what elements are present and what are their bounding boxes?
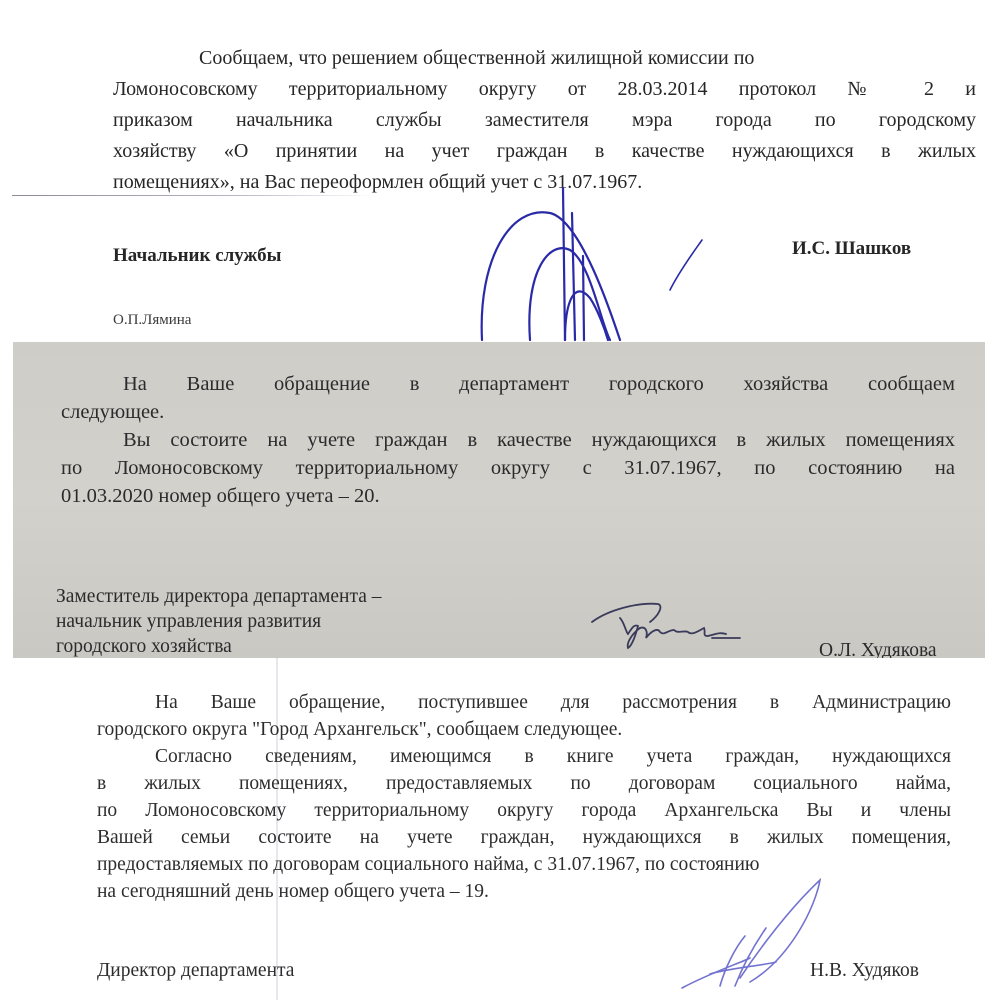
- letter-3-line-8: на сегодняшний день номер общего учета –…: [97, 879, 489, 904]
- letter-3-line-1: На Ваше обращение, поступившее для рассм…: [155, 690, 951, 715]
- letter-3-line-2: городского округа "Город Архангельск", с…: [97, 717, 622, 742]
- letter-1-line-3: приказом начальника службы заместителя м…: [113, 108, 976, 133]
- separator-line: [12, 195, 377, 196]
- signatory-title-line-1: Заместитель директора департамента –: [56, 584, 382, 609]
- letter-1-line-1: Сообщаем, что решением общественной жили…: [199, 46, 976, 71]
- executor-name: О.П.Лямина: [113, 308, 191, 333]
- letter-3-line-7: предоставляемых по договорам социального…: [97, 852, 951, 877]
- signatory-title-line-2: начальник управления развития: [56, 609, 321, 634]
- signatory-title: Директор департамента: [97, 958, 294, 983]
- letter-2-line-4: по Ломоносовскому территориальному округ…: [61, 456, 955, 481]
- letter-panel-2: На Ваше обращение в департамент городско…: [13, 342, 985, 658]
- letter-3-line-5: по Ломоносовскому территориальному округ…: [97, 798, 951, 823]
- signature-icon: [470, 180, 710, 342]
- letter-2-line-2: следующее.: [61, 400, 164, 425]
- letter-2-line-1: На Ваше обращение в департамент городско…: [123, 372, 955, 397]
- letter-3-line-3: Согласно сведениям, имеющимся в книге уч…: [155, 744, 951, 769]
- signatory-name: О.Л. Худякова: [819, 638, 937, 658]
- letter-1-line-2: Ломоносовскому территориальному округу о…: [113, 77, 976, 102]
- signatory-title: Начальник службы: [113, 243, 281, 268]
- letter-3-line-6: Вашей семьи состоите на учете граждан, н…: [97, 825, 951, 850]
- letter-panel-1: Сообщаем, что решением общественной жили…: [0, 0, 1000, 342]
- signature-icon: [588, 592, 778, 652]
- letter-1-line-4: хозяйству «О принятии на учет граждан в …: [113, 139, 976, 164]
- signatory-name: И.С. Шашков: [792, 236, 911, 261]
- signatory-title-line-3: городского хозяйства: [56, 634, 232, 658]
- letter-2-line-3: Вы состоите на учете граждан в качестве …: [123, 428, 955, 453]
- letter-2-line-5: 01.03.2020 номер общего учета – 20.: [61, 484, 380, 509]
- letter-3-line-4: в жилых помещениях, предоставляемых по д…: [97, 771, 951, 796]
- letter-panel-3: На Ваше обращение, поступившее для рассм…: [0, 658, 1000, 1000]
- signature-icon: [680, 878, 830, 993]
